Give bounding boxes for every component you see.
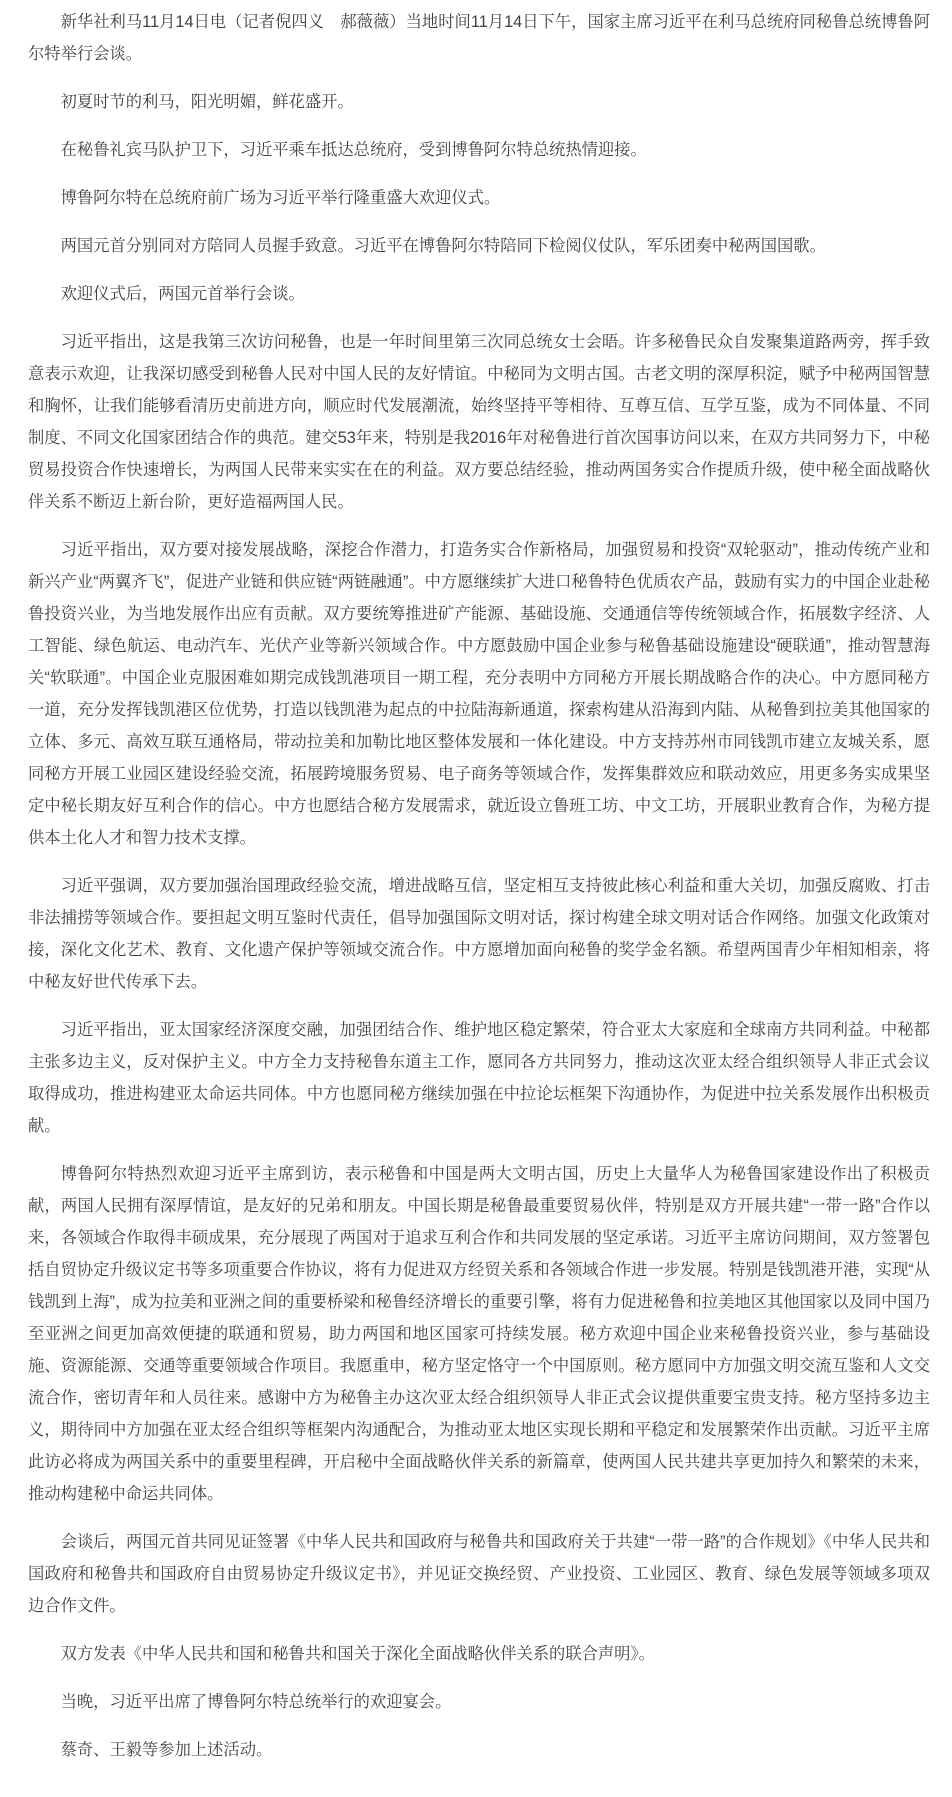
article-paragraph: 会谈后，两国元首共同见证签署《中华人民共和国政府与秘鲁共和国政府关于共建“一带一… (28, 1526, 930, 1622)
article-paragraph: 博鲁阿尔特在总统府前广场为习近平举行隆重盛大欢迎仪式。 (28, 182, 930, 214)
article-paragraph: 习近平强调，双方要加强治国理政经验交流，增进战略互信，坚定相互支持彼此核心利益和… (28, 870, 930, 998)
article-paragraph: 习近平指出，这是我第三次访问秘鲁，也是一年时间里第三次同总统女士会晤。许多秘鲁民… (28, 326, 930, 518)
article-body: 新华社利马11月14日电（记者倪四义 郝薇薇）当地时间11月14日下午，国家主席… (0, 6, 952, 1796)
article-paragraph: 初夏时节的利马，阳光明媚，鲜花盛开。 (28, 86, 930, 118)
article-paragraph: 蔡奇、王毅等参加上述活动。 (28, 1734, 930, 1766)
article-paragraph: 在秘鲁礼宾马队护卫下，习近平乘车抵达总统府，受到博鲁阿尔特总统热情迎接。 (28, 134, 930, 166)
article-paragraph: 博鲁阿尔特热烈欢迎习近平主席到访，表示秘鲁和中国是两大文明古国，历史上大量华人为… (28, 1158, 930, 1510)
article-dateline-paragraph: 新华社利马11月14日电（记者倪四义 郝薇薇）当地时间11月14日下午，国家主席… (28, 6, 930, 70)
article-paragraph: 习近平指出，亚太国家经济深度交融，加强团结合作、维护地区稳定繁荣，符合亚太大家庭… (28, 1014, 930, 1142)
article-paragraph: 双方发表《中华人民共和国和秘鲁共和国关于深化全面战略伙伴关系的联合声明》。 (28, 1638, 930, 1670)
article-paragraph: 两国元首分别同对方陪同人员握手致意。习近平在博鲁阿尔特陪同下检阅仪仗队，军乐团奏… (28, 230, 930, 262)
article-paragraph: 当晚，习近平出席了博鲁阿尔特总统举行的欢迎宴会。 (28, 1686, 930, 1718)
article-paragraph: 习近平指出，双方要对接发展战略，深挖合作潜力，打造务实合作新格局，加强贸易和投资… (28, 534, 930, 854)
article-paragraph: 欢迎仪式后，两国元首举行会谈。 (28, 278, 930, 310)
